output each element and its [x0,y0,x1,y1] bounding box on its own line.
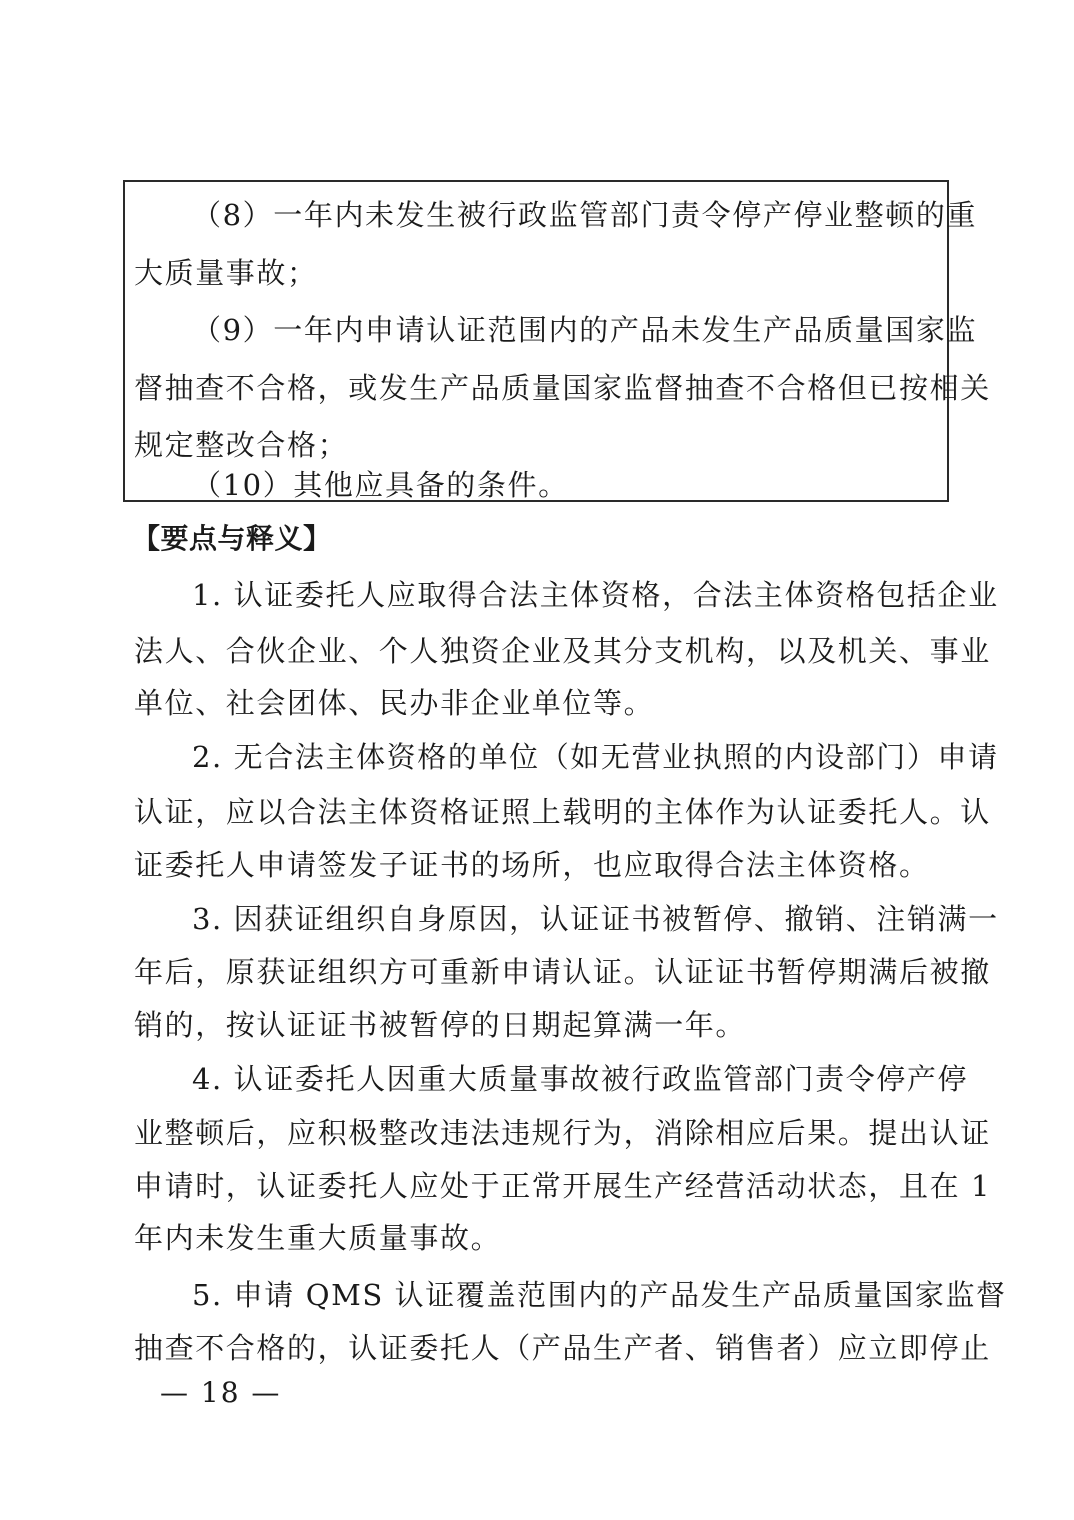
clause-9-line-2: 督抽查不合格，或发生产品质量国家监督抽查不合格但已按相关 [134,371,944,405]
clause-10-line-1: （10）其他应具备的条件。 [192,468,944,502]
para-5-line-2: 抽查不合格的，认证委托人（产品生产者、销售者）应立即停止 [134,1331,944,1365]
clause-9-line-3: 规定整改合格； [134,428,944,462]
document-page: （8）一年内未发生被行政监管部门责令停产停业整顿的重 大质量事故； （9）一年内… [0,0,1074,1520]
para-1-line-3: 单位、社会团体、民办非企业单位等。 [134,686,944,720]
para-3-line-3: 销的，按认证证书被暂停的日期起算满一年。 [134,1008,944,1042]
para-2-line-3: 证委托人申请签发子证书的场所，也应取得合法主体资格。 [134,848,944,882]
para-5-line-1: 5. 申请 QMS 认证覆盖范围内的产品发生产品质量国家监督 [192,1278,944,1312]
para-4-line-1: 4. 认证委托人因重大质量事故被行政监管部门责令停产停 [192,1062,944,1096]
clause-8-line-2: 大质量事故； [134,256,944,290]
section-heading: 【要点与释义】 [132,522,942,556]
para-4-line-3: 申请时，认证委托人应处于正常开展生产经营活动状态，且在 1 [134,1169,944,1203]
para-4-line-4: 年内未发生重大质量事故。 [134,1221,944,1255]
para-3-line-1: 3. 因获证组织自身原因，认证证书被暂停、撤销、注销满一 [192,902,944,936]
para-1-line-2: 法人、合伙企业、个人独资企业及其分支机构，以及机关、事业 [134,634,944,668]
para-3-line-2: 年后，原获证组织方可重新申请认证。认证证书暂停期满后被撤 [134,955,944,989]
para-4-line-2: 业整顿后，应积极整改违法违规行为，消除相应后果。提出认证 [134,1116,944,1150]
para-2-line-2: 认证，应以合法主体资格证照上载明的主体作为认证委托人。认 [134,795,944,829]
page-number: — 18 — [160,1376,281,1410]
para-1-line-1: 1. 认证委托人应取得合法主体资格，合法主体资格包括企业 [192,578,944,612]
para-2-line-1: 2. 无合法主体资格的单位（如无营业执照的内设部门）申请 [192,740,944,774]
clause-8-line-1: （8）一年内未发生被行政监管部门责令停产停业整顿的重 [192,198,944,232]
clause-9-line-1: （9）一年内申请认证范围内的产品未发生产品质量国家监 [192,313,944,347]
